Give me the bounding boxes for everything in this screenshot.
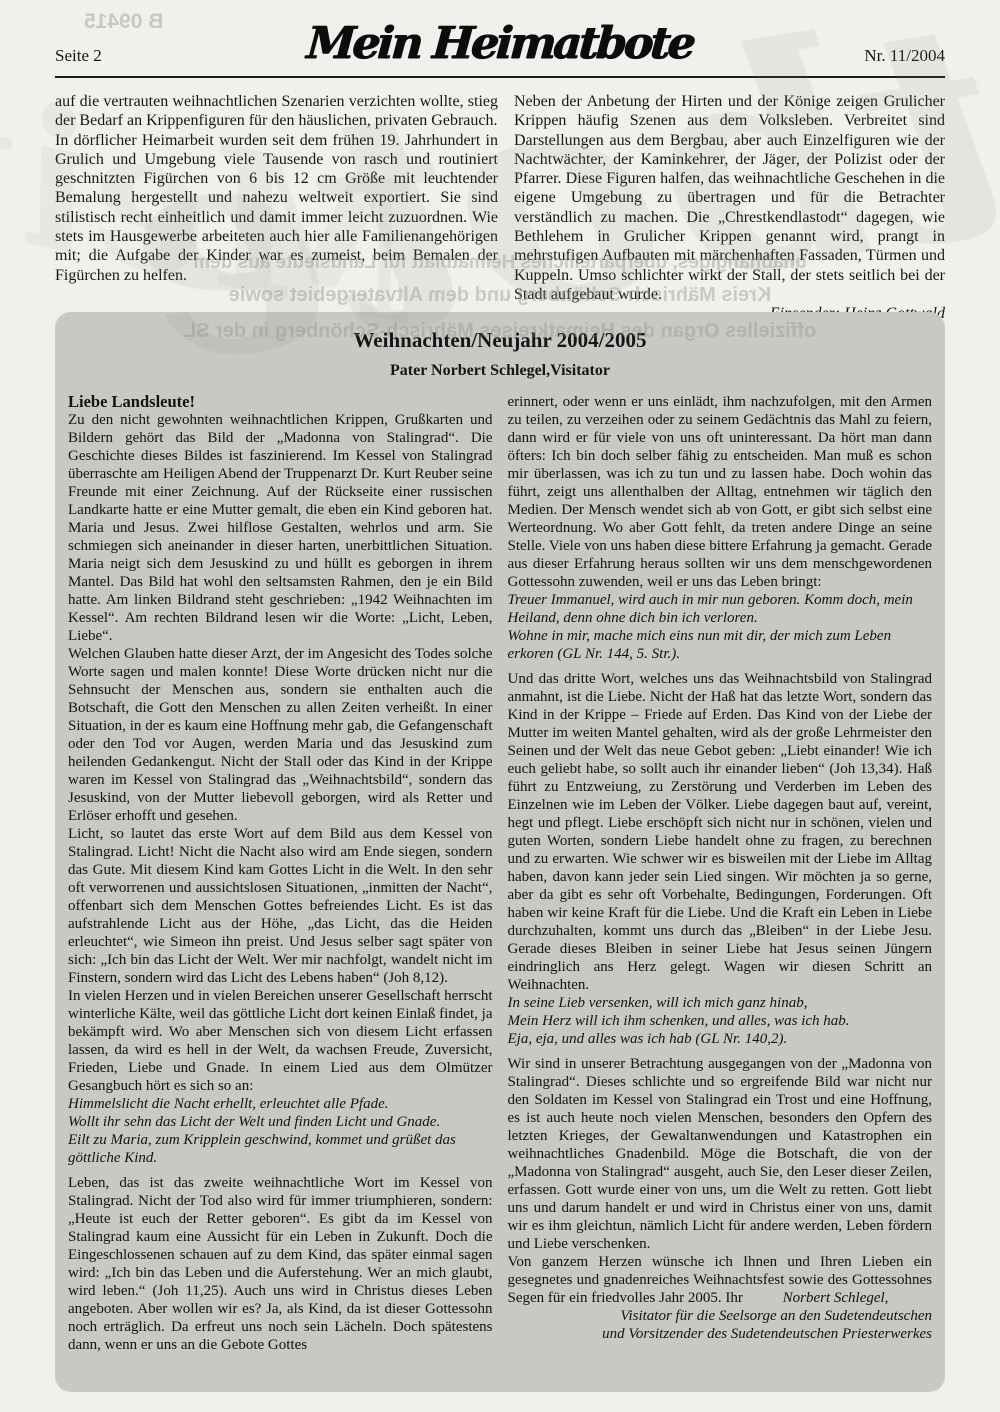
signature-line: Visitator für die Seelsorge an den Sudet…	[508, 1307, 933, 1325]
paragraph: Und das dritte Wort, welches uns das Wei…	[508, 670, 933, 994]
signature-line: und Vorsitzender des Sudetendeutschen Pr…	[508, 1325, 933, 1343]
paragraph: Zu den nicht gewohnten weihnachtlichen K…	[68, 411, 493, 645]
article-subtitle: Pater Norbert Schlegel,Visitator	[68, 362, 932, 380]
article-box: Weihnachten/Neujahr 2004/2005 Pater Norb…	[55, 312, 945, 1392]
hymn-line: Treuer Immanuel, wird auch in mir nun ge…	[508, 591, 933, 627]
masthead-logo: Mein Heimatbote	[53, 18, 947, 69]
hymn-line: Himmelslicht die Nacht erhellt, erleucht…	[68, 1095, 493, 1113]
hymn-line: Mein Herz will ich ihm schenken, und all…	[508, 1012, 933, 1030]
article-right-column: erinnert, oder wenn er uns einlädt, ihm …	[508, 393, 933, 1354]
intro-paragraph: In dörflicher Heimarbeit wurden seit dem…	[55, 131, 498, 285]
paragraph: Leben, das ist das zweite weihnachtliche…	[68, 1174, 493, 1354]
hymn-line: Wohne in mir, mache mich eins nun mit di…	[508, 627, 933, 663]
closing-paragraph: Von ganzem Herzen wünsche ich Ihnen und …	[508, 1253, 933, 1307]
paragraph: Welchen Glauben hatte dieser Arzt, der i…	[68, 645, 493, 825]
intro-paragraph: auf die vertrauten weihnachtlichen Szena…	[55, 92, 498, 131]
newspaper-page: Heimatbote Mein B 09415 unabhängiges, üb…	[0, 0, 1000, 1412]
page-header: Seite 2 Mein Heimatbote Nr. 11/2004	[55, 0, 945, 80]
salutation: Liebe Landsleute!	[68, 393, 493, 411]
paragraph: erinnert, oder wenn er uns einlädt, ihm …	[508, 393, 933, 591]
author-name: Norbert Schlegel,	[747, 1290, 889, 1306]
paragraph: In vielen Herzen und in vielen Bereichen…	[68, 987, 493, 1095]
hymn-line: Eja, eja, und alles was ich hab (GL Nr. …	[508, 1030, 933, 1048]
hymn-line: Wollt ihr sehn das Licht der Welt und fi…	[68, 1113, 493, 1131]
intro-section: auf die vertrauten weihnachtlichen Szena…	[55, 92, 945, 324]
header-rule	[55, 76, 945, 78]
hymn-line: Eilt zu Maria, zum Kripplein geschwind, …	[68, 1131, 493, 1167]
intro-left-column: auf die vertrauten weihnachtlichen Szena…	[55, 92, 498, 324]
article-title: Weihnachten/Neujahr 2004/2005	[68, 328, 932, 353]
paragraph: Licht, so lautet das erste Wort auf dem …	[68, 825, 493, 987]
article-columns: Liebe Landsleute! Zu den nicht gewohnten…	[68, 393, 932, 1354]
hymn-line: In seine Lieb versenken, will ich mich g…	[508, 994, 933, 1012]
article-left-column: Liebe Landsleute! Zu den nicht gewohnten…	[68, 393, 493, 1354]
intro-paragraph: Neben der Anbetung der Hirten und der Kö…	[514, 92, 945, 304]
issue-number: Nr. 11/2004	[864, 46, 945, 66]
paragraph: Wir sind in unserer Betrachtung ausgegan…	[508, 1055, 933, 1253]
intro-right-column: Neben der Anbetung der Hirten und der Kö…	[514, 92, 945, 324]
